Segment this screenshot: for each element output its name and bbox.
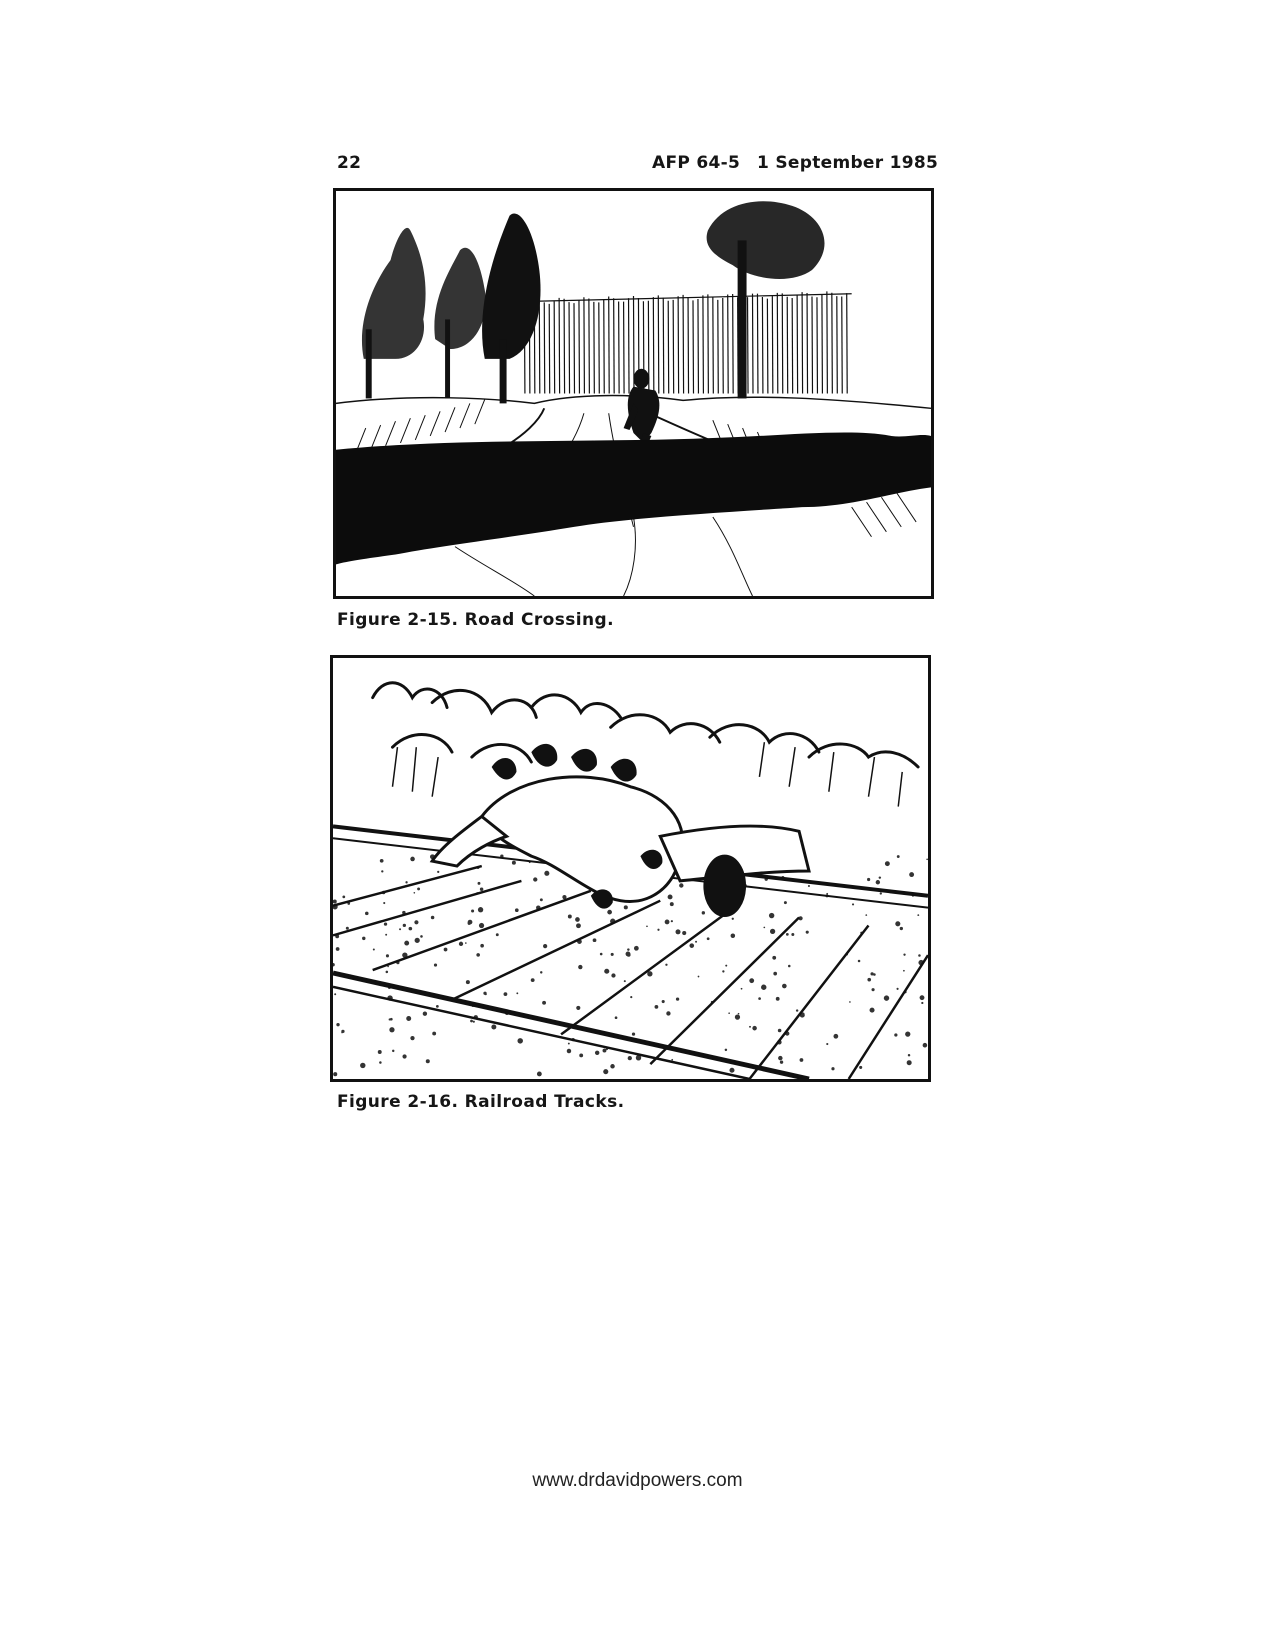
footer-url: www.drdavidpowers.com <box>0 1470 1275 1492</box>
figure-caption-road-crossing: Figure 2-15. Road Crossing. <box>337 610 614 630</box>
page-number: 22 <box>337 153 361 173</box>
figure-railroad-tracks <box>330 655 931 1082</box>
road-crossing-illustration <box>336 191 931 596</box>
railroad-tracks-illustration <box>333 658 928 1079</box>
publication-date: 1 September 1985 <box>757 153 938 173</box>
publication-id: AFP 64-5 <box>652 153 740 173</box>
figure-road-crossing <box>333 188 934 599</box>
figure-caption-railroad-tracks: Figure 2-16. Railroad Tracks. <box>337 1092 624 1112</box>
